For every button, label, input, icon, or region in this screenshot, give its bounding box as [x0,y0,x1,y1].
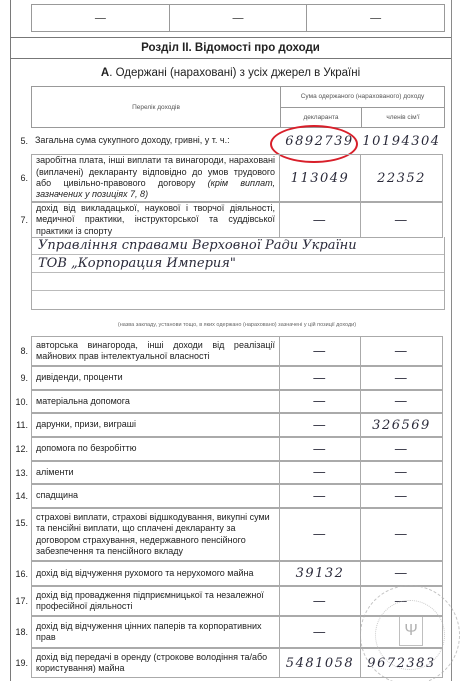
row-number: 16. [10,569,28,579]
income-row-5: 5. Загальна сума сукупного доходу, гривн… [10,128,451,154]
declarant-value: — [279,202,360,238]
row-label: матеріальна допомога [31,390,279,413]
row-label: аліменти [31,461,279,484]
row-number: 19. [10,658,28,668]
row-number: 18. [10,627,28,637]
income-source-line: Управління справами Верховної Ради Украї… [32,237,444,255]
page-border-right [451,0,452,681]
income-row-9: 9. дивіденди, проценти — — [10,366,451,390]
row-number: 17. [10,596,28,606]
row-label: дохід від провадження підприємницької та… [31,586,279,616]
declarant-value: 39132 [279,561,360,586]
row-label: дохід від викладацької, наукової і творч… [31,202,279,238]
row-label: дарунки, призи, виграші [31,413,279,437]
family-value: 326569 [360,413,443,437]
declarant-value: — [279,336,360,366]
row-label: Загальна сума сукупного доходу, гривні, … [31,128,279,154]
row-number: 8. [10,346,28,356]
row-number: 5. [10,136,28,146]
row-label: дохід від передачі в оренду (строкове во… [31,648,279,678]
family-value: 22352 [360,154,443,202]
row-label: допомога по безробіттю [31,437,279,461]
row-number: 10. [10,397,28,407]
income-row-15: 15. страхові виплати, страхові відшкодув… [10,508,451,561]
family-value: 10194304 [360,128,443,154]
sources-caption: (назва закладу, установи тощо, в яких од… [31,322,443,328]
trident-icon: Ψ [399,616,423,646]
row-label: дохід від відчуження рухомого та нерухом… [31,561,279,586]
declarant-value: — [279,413,360,437]
income-source-line [32,291,444,309]
previous-cell: — [307,5,444,31]
row-label: авторська винагорода, інші доходи від ре… [31,336,279,366]
declarant-value: — [279,366,360,390]
header-declarant: декларанта [281,108,362,127]
previous-cell: — [32,5,170,31]
family-value: — [360,336,443,366]
declarant-value: — [279,586,360,616]
header-income-sum: Сума одержаного (нарахованого) доходу [281,87,444,108]
family-value: — [360,390,443,413]
income-row-11: 11. дарунки, призи, виграші — 326569 [10,413,451,437]
subsection-title: А. Одержані (нараховані) з усіх джерел в… [10,67,451,79]
row-number: 11. [10,420,28,430]
previous-cell: — [170,5,308,31]
income-source-line: ТОВ „Корпорация Империя" [32,255,444,273]
income-row-14: 14. спадщина — — [10,484,451,508]
family-value: — [360,561,443,586]
previous-table-row: — — — [31,4,445,32]
row-label: заробітна плата, інші виплати та винагор… [31,154,279,202]
declarant-value: 5481058 [279,648,360,678]
official-stamp: Ψ [360,585,460,681]
declarant-value: 113049 [279,154,360,202]
subsection-letter: А [101,67,109,79]
income-row-7: 7. дохід від викладацької, наукової і тв… [10,202,451,238]
row-label: страхові виплати, страхові відшкодування… [31,508,279,561]
income-row-16: 16. дохід від відчуження рухомого та нер… [10,561,451,586]
income-row-8: 8. авторська винагорода, інші доходи від… [10,336,451,366]
row-number: 12. [10,444,28,454]
income-row-10: 10. матеріальна допомога — — [10,390,451,413]
header-family: членів сім'ї [362,108,444,127]
income-source-line [32,273,444,291]
family-value: — [360,484,443,508]
family-value: — [360,366,443,390]
declarant-value: — [279,484,360,508]
family-value: — [360,461,443,484]
declarant-value: — [279,437,360,461]
family-value: — [360,437,443,461]
section-title: Розділ ІІ. Відомості про доходи [10,37,451,59]
row-number: 7. [10,215,28,225]
row-number: 14. [10,491,28,501]
income-row-13: 13. аліменти — — [10,461,451,484]
income-row-6: 6. заробітна плата, інші виплати та вина… [10,154,451,202]
row-number: 15. [10,518,28,528]
row-number: 13. [10,468,28,478]
declarant-value: — [279,616,360,648]
declarant-value: — [279,461,360,484]
row-number: 9. [10,373,28,383]
row-label: дивіденди, проценти [31,366,279,390]
declarant-value: — [279,390,360,413]
row-label: спадщина [31,484,279,508]
row-label: дохід від відчуження цінних паперів та к… [31,616,279,648]
family-value: — [360,508,443,561]
family-value: — [360,202,443,238]
header-income-list: Перелік доходів [32,87,281,127]
income-row-12: 12. допомога по безробіттю — — [10,437,451,461]
row-number: 6. [10,173,28,183]
subsection-text: . Одержані (нараховані) з усіх джерел в … [109,67,360,79]
income-sources-block: Управління справами Верховної Ради Украї… [31,237,445,310]
declarant-value: — [279,508,360,561]
income-table-header: Перелік доходів Сума одержаного (нарахов… [31,86,445,128]
